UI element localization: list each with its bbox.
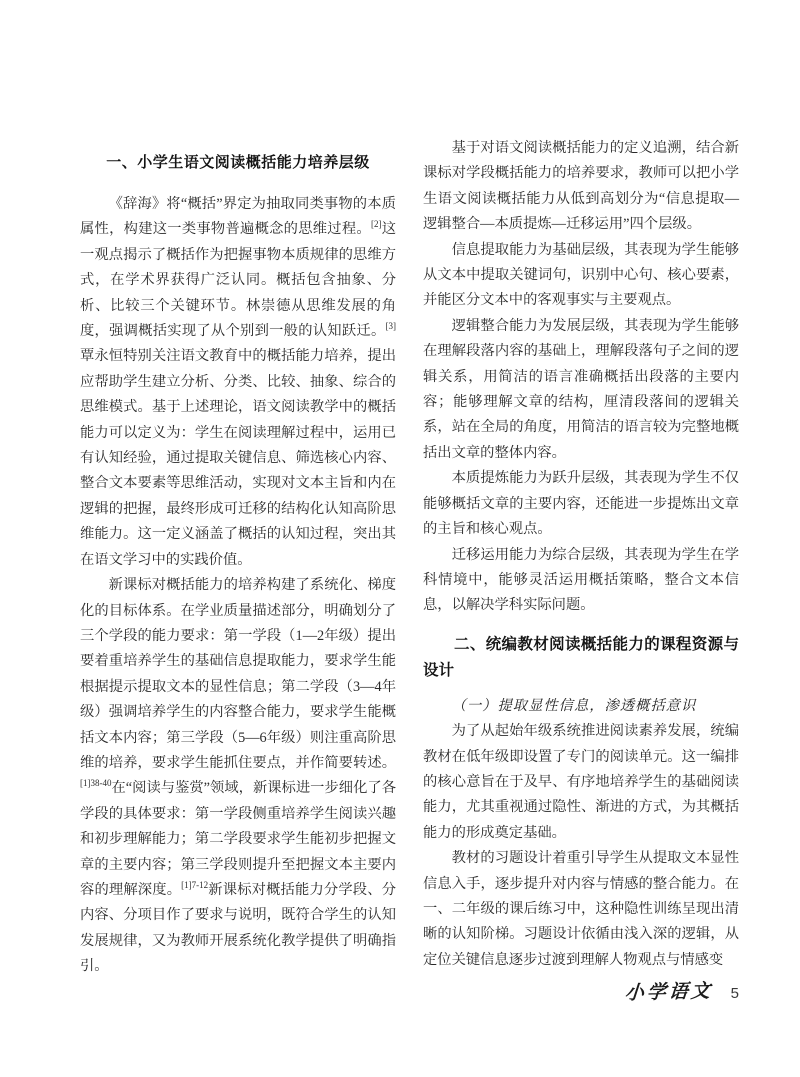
right-column: 基于对语文阅读概括能力的定义追溯，结合新课标对学段概括能力的培养要求，教师可以把… — [423, 136, 739, 973]
paragraph-four-levels: 基于对语文阅读概括能力的定义追溯，结合新课标对学段概括能力的培养要求，教师可以把… — [423, 136, 739, 238]
paragraph-text: 这一观点揭示了概括作为把握事物本质规律的思维方式，在学术界获得广泛认同。概括包含… — [80, 221, 396, 339]
left-column: 一、小学生语文阅读概括能力培养层级 《辞海》将“概括”界定为抽取同类事物的本质属… — [80, 150, 396, 980]
journal-page: 一、小学生语文阅读概括能力培养层级 《辞海》将“概括”界定为抽取同类事物的本质属… — [0, 0, 800, 1077]
section-heading-2: 二、统编教材阅读概括能力的课程资源与设计 — [423, 632, 739, 685]
paragraph-essence-refining: 本质提炼能力为跃升层级，其表现为学生不仅能够概括文章的主要内容，还能进一步提炼出… — [423, 466, 739, 542]
paragraph-text: 在“阅读与鉴赏”领域，新课标进一步细化了各学段的具体要求：第一学段侧重培养学生阅… — [80, 780, 396, 898]
subsection-heading: （一）提取显性信息，渗透概括意识 — [423, 694, 739, 719]
paragraph-text: 新课标对概括能力的培养构建了系统化、梯度化的目标体系。在学业质量描述部分，明确划… — [80, 577, 396, 771]
section-heading-1: 一、小学生语文阅读概括能力培养层级 — [80, 150, 396, 176]
paragraph-exercise-design: 教材的习题设计着重引导学生从提取文本显性信息入手，逐步提升对内容与情感的整合能力… — [423, 846, 739, 973]
paragraph-definition: 《辞海》将“概括”界定为抽取同类事物的本质属性，构建这一类事物普遍概念的思维过程… — [80, 192, 396, 573]
page-footer: 小学语文 5 — [0, 977, 739, 1004]
page-number: 5 — [731, 985, 739, 1002]
paragraph-logic-integration: 逻辑整合能力为发展层级，其表现为学生能够在理解段落内容的基础上，理解段落句子之间… — [423, 314, 739, 466]
paragraph-text: 《辞海》将“概括”界定为抽取同类事物的本质属性，构建这一类事物普遍概念的思维过程… — [80, 196, 396, 237]
citation-superscript: [1]7-12 — [181, 880, 208, 890]
citation-superscript: [2] — [371, 220, 382, 230]
paragraph-info-extraction: 信息提取能力为基础层级，其表现为学生能够从文本中提取关键词句，识别中心句、核心要… — [423, 238, 739, 314]
paragraph-curriculum-standard: 新课标对概括能力的培养构建了系统化、梯度化的目标体系。在学业质量描述部分，明确划… — [80, 573, 396, 980]
journal-logo: 小学语文 — [624, 976, 714, 1005]
citation-superscript: [3] — [386, 321, 397, 331]
citation-superscript: [1]38-40 — [80, 779, 112, 789]
paragraph-text: 覃永恒特别关注语文教育中的概括能力培养，提出应帮助学生建立分析、分类、比较、抽象… — [80, 348, 396, 567]
paragraph-reading-units: 为了从起始年级系统推进阅读素养发展，统编教材在低年级即设置了专门的阅读单元。这一… — [423, 719, 739, 846]
paragraph-transfer-application: 迁移运用能力为综合层级，其表现为学生在学科情境中，能够灵活运用概括策略，整合文本… — [423, 543, 739, 619]
